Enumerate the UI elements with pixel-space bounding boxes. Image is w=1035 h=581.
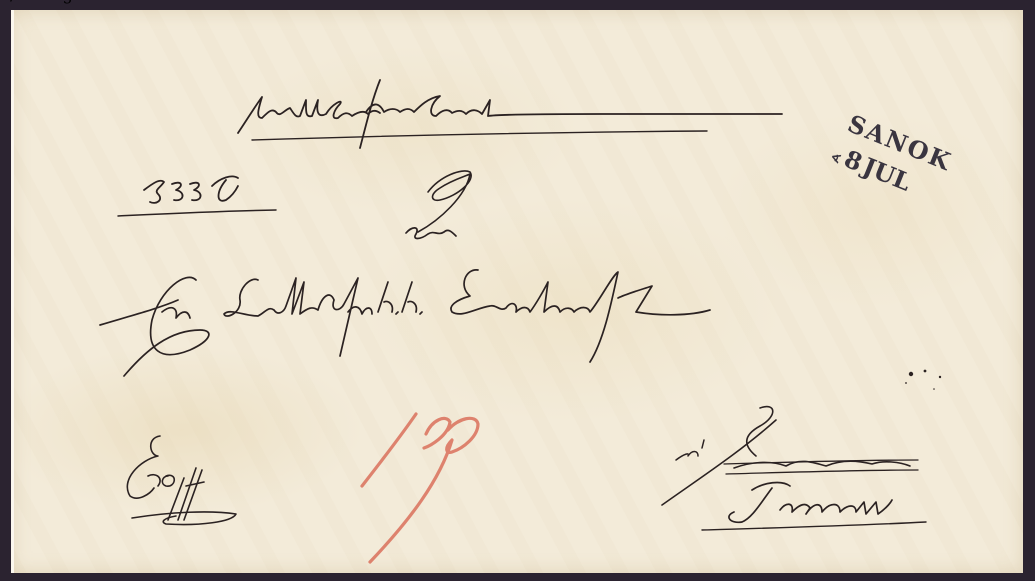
ink-specks [905,370,941,390]
official-service-mark: Ex offo [0,0,236,525]
reference-number: 355C [0,0,276,216]
sender-line: Amtsthierarzt Rentamt [0,0,782,148]
svg-text:Tarnow: Tarnow [0,0,61,4]
addressee-line: Ein Löbliches k.k. Landrecht [0,0,710,376]
handwriting-layer: Amtsthierarzt Rentamt 355C 2 Dem Ein Löb… [0,0,1035,581]
red-crayon-mark: 1/4 [0,0,478,562]
numeral-mark: 2 Dem [0,0,471,239]
destination-block: in Lemberg Tarnow [0,0,926,530]
scanned-cover: Amtsthierarzt Rentamt 355C 2 Dem Ein Löb… [0,0,1035,581]
postmark-mark: ∢ [828,150,843,167]
postmark: SANOK ∢ 8 JUL [827,107,956,208]
